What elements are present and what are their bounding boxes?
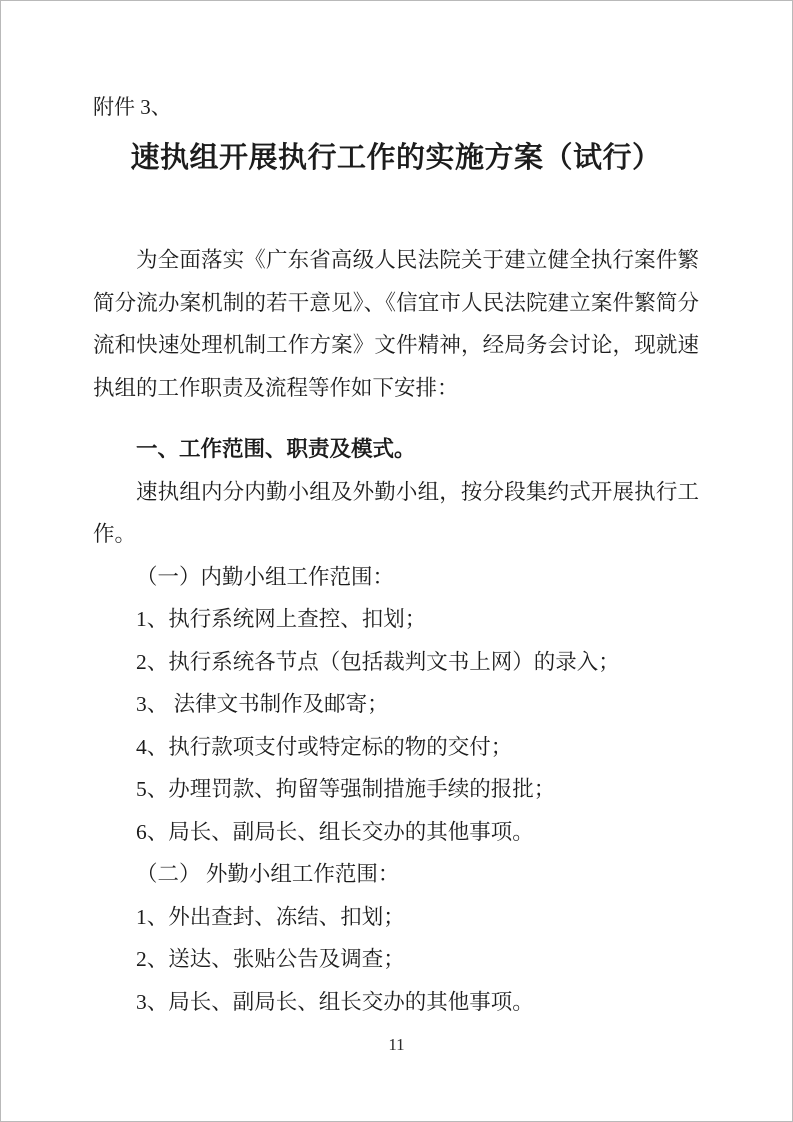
- page-number: 11: [1, 1035, 792, 1055]
- attachment-label: 附件 3、: [93, 91, 699, 123]
- list-item: 1、外出查封、冻结、扣划；: [93, 896, 699, 939]
- document-page: 附件 3、 速执组开展执行工作的实施方案（试行） 为全面落实《广东省高级人民法院…: [0, 0, 793, 1122]
- subsection-inner-heading: （一）内勤小组工作范围：: [93, 556, 699, 599]
- list-item: 1、执行系统网上查控、扣划；: [93, 598, 699, 641]
- subsection-field-heading: （二） 外勤小组工作范围：: [93, 853, 699, 896]
- section-one-heading: 一、工作范围、职责及模式。: [93, 428, 699, 471]
- section-one-lead: 速执组内分内勤小组及外勤小组，按分段集约式开展执行工作。: [93, 471, 699, 556]
- document-body: 为全面落实《广东省高级人民法院关于建立健全执行案件繁简分流办案机制的若干意见》、…: [93, 239, 699, 1023]
- list-item: 2、送达、张贴公告及调查；: [93, 938, 699, 981]
- list-item: 5、办理罚款、拘留等强制措施手续的报批；: [93, 768, 699, 811]
- list-item: 4、执行款项支付或特定标的物的交付；: [93, 726, 699, 769]
- list-item: 3、局长、副局长、组长交办的其他事项。: [93, 981, 699, 1024]
- list-item: 2、执行系统各节点（包括裁判文书上网）的录入；: [93, 641, 699, 684]
- document-title: 速执组开展执行工作的实施方案（试行）: [93, 137, 699, 179]
- list-item: 3、 法律文书制作及邮寄；: [93, 683, 699, 726]
- intro-paragraph: 为全面落实《广东省高级人民法院关于建立健全执行案件繁简分流办案机制的若干意见》、…: [93, 239, 699, 409]
- list-item: 6、局长、副局长、组长交办的其他事项。: [93, 811, 699, 854]
